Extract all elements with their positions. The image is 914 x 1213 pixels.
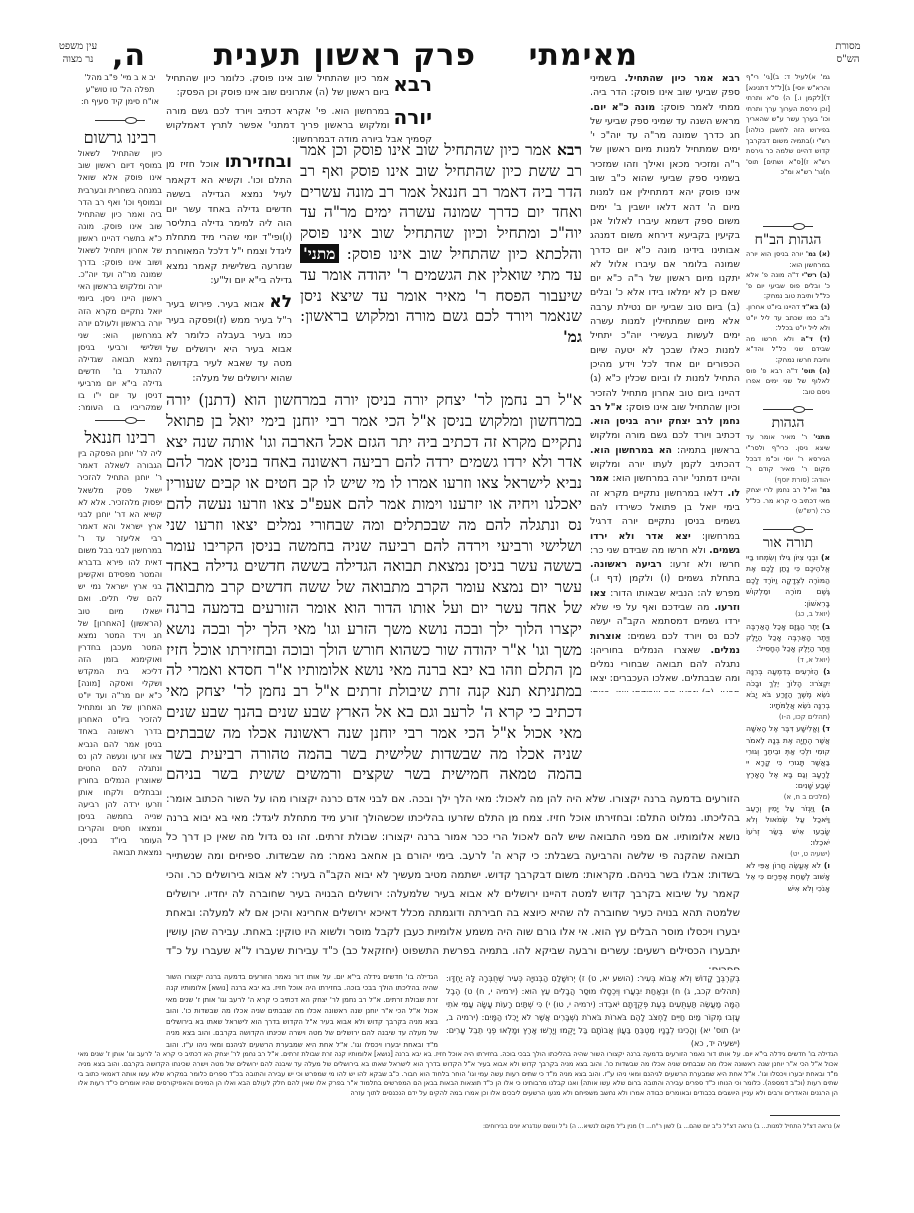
- torah-or-footer: בְּקִרְבְּךָ קָדוֹשׁ וְלֹא אָבוֹא בְּעִי…: [446, 972, 740, 1050]
- torah-or-item: ד) וֶאֱלִישָׁע דִּבֶּר אֶל הָאִשָּׁה אֲש…: [746, 723, 830, 803]
- torah-or-title: תורה אור: [746, 535, 830, 552]
- gemara-top-block: רבא אמר כיון שהתחיל שוב אינו פוסק וכן אמ…: [300, 140, 582, 348]
- ornament-divider: [763, 405, 813, 413]
- rabbeinu-chananel-text: ליה לר' יוחנן הפסקה בין הגבורה לשאלה דאמ…: [78, 448, 162, 948]
- torah-or-item: ו) לֹא אֶעֱשֶׂה חֲרוֹן אַפִּי לֹא אָשׁוּ…: [746, 860, 830, 894]
- hagahot-item: מתני' ר' מאיר אומר עד שיצא ניסן. כרי"ף ו…: [746, 432, 830, 485]
- rashi-dibur-hamatchil: רבא אמר כיון שהתחיל.: [625, 73, 741, 84]
- hagahot-habach-list: (א) גמ' יורה בניסן הוא יורה במרחשון הוא:…: [746, 249, 830, 397]
- hagahot-habach-item: (ב) רש"י ד"ה מונה פ' אלא כ' ובלים פוס שב…: [746, 270, 830, 302]
- hagahot-list: מתני' ר' מאיר אומר עד שיצא ניסן. כרי"ף ו…: [746, 432, 830, 517]
- ornament-divider: [763, 525, 813, 533]
- hagahot-habach-item: (ג) בא"ד דהיינו ביו"ט אחרון. נ"ב כמו שכת…: [746, 302, 830, 334]
- chapter-name: מאימתי: [529, 38, 638, 73]
- footnotes: א) נראה דצ"ל התחיל למנות... ב) נראה דצ"ל…: [130, 1122, 840, 1131]
- tractate-name: תענית: [214, 38, 302, 73]
- rabbeinu-gershom-title: רבינו גרשום: [78, 128, 162, 148]
- rabbeinu-gershom-text: כיון שהתחיל לשאול במוסף דיום ראשון שוב א…: [78, 148, 162, 410]
- rashi-dibur-hamatchil: מונה כ"א יום.: [590, 102, 655, 113]
- hagahot-habach-item: (א) גמ' יורה בניסן הוא יורה במרחשון הוא:: [746, 249, 830, 270]
- torah-or-item: ג) הַזֹּרְעִים בְּדִמְעָה בְּרִנָּה יִקְ…: [746, 666, 830, 723]
- dibur-hamatchil: רבא: [393, 72, 432, 96]
- folio-number: ה,: [112, 38, 146, 73]
- masoret-hashas-label: מסורת הש"ס: [818, 40, 878, 66]
- hagahot-habach-item: (ה) תוס' ד"ה רבא פ' פוס לאלוף של שני ימי…: [746, 366, 830, 398]
- hagahot-title: הגהות: [746, 415, 830, 432]
- ein-mishpat-entry: יב א ב מיי' פ"ב מהל' תפלה הל' טו טוש"ע א…: [78, 72, 162, 108]
- hagahot-habach-title: הגהות הב"ח: [746, 232, 830, 249]
- torah-or-item: ב) יֶתֶר הַגָּזָם אָכַל הָאַרְבֶּה וְיֶת…: [746, 621, 830, 667]
- rashi-dibur-hamatchil: הא במרחשון הוא.: [590, 445, 672, 456]
- dibur-hamatchil: יורה: [393, 105, 432, 129]
- gemara-body: א"ל רב נחמן לר' יצחק יורה בניסן יורה במר…: [166, 390, 582, 782]
- tosafot-dibur: לא אבוא בעיר. פירוש בעיר ר"ל בעיר ממש (ז…: [166, 290, 292, 385]
- tosafot-dibur: ובחזירתו אוכל חזיז מן התלם וכו'. וקשיא ה…: [166, 150, 292, 288]
- masoret-hashas-text: גמ' א)לעיל ד: ב)[גי' רי"ף והרא"ש יוסי] ג…: [746, 72, 830, 214]
- bottom-wide-text: הגדילה בו' חדשים גידלה בי"א יום. על אותו…: [78, 1050, 838, 1110]
- ornament-divider: [95, 416, 145, 424]
- hagahot-item: גמ' וא"ל רב נחמן לרי יצחק מאי דכתיב כי ק…: [746, 485, 830, 517]
- hagahot-habach-item: (ד) ד"ה ולא חרשו מה שבידם שני כל"ל והד"א…: [746, 334, 830, 366]
- tosafot-top: רבא אמר כיון שהתחיל שוב אינו פוסק. כלומר…: [166, 72, 432, 147]
- dibur-hamatchil: ובחזירתו: [225, 152, 292, 172]
- rabbeinu-chananel-bottom: הגדילה בו' חדשים גידלה בי"א יום. על אותו…: [166, 972, 438, 1050]
- torah-or-list: א) וּבְנֵי צִיּוֹן גִּילוּ וְשִׂמְחוּ בַ…: [746, 552, 830, 894]
- torah-or-item: ה) וַיִּגְזֹר עַל יָמִין וְרָעֵב וַיֹּאכ…: [746, 803, 830, 860]
- gemara-opening-word: רבא: [557, 140, 582, 159]
- gemara-marker: גמ': [563, 327, 582, 346]
- tosafot-dibur: רבא אמר כיון שהתחיל שוב אינו פוסק. כלומר…: [166, 72, 432, 101]
- torah-or-footer-text: בְּקִרְבְּךָ קָדוֹשׁ וְלֹא אָבוֹא בְּעִי…: [446, 972, 740, 1050]
- ornament-divider: [763, 222, 813, 230]
- rashi-dibur-hamatchil: רביעה ראשונה.: [590, 559, 662, 570]
- left-margin-column: יב א ב מיי' פ"ב מהל' תפלה הל' טו טוש"ע א…: [78, 72, 162, 948]
- mishnah-marker: מתני': [300, 244, 339, 263]
- rashi-bottom-band: הזורעים בדמעה ברנה יקצורו. שלא היה להן מ…: [166, 790, 740, 970]
- tosafot-left: ובחזירתו אוכל חזיז מן התלם וכו'. וקשיא ה…: [166, 150, 292, 386]
- right-margin-column: גמ' א)לעיל ד: ב)[גי' רי"ף והרא"ש יוסי] ג…: [746, 72, 830, 894]
- ornament-divider: [95, 116, 145, 124]
- rashi-bottom-text: הזורעים בדמעה ברנה יקצורו. שלא היה להן מ…: [166, 790, 740, 970]
- dibur-hamatchil: לא: [269, 292, 292, 312]
- rabbeinu-chananel-title: רבינו חננאל: [78, 428, 162, 448]
- gemara-main-block: א"ל רב נחמן לר' יצחק יורה בניסן יורה במר…: [166, 390, 582, 782]
- chapter-number: פרק ראשון: [313, 38, 476, 73]
- rashi-column: רבא אמר כיון שהתחיל. בשמיני ספק שביעי שו…: [590, 72, 740, 692]
- rabbeinu-chananel-bottom-text: הגדילה בו' חדשים גידלה בי"א יום. על אותו…: [166, 972, 438, 1050]
- footnote-divider: [770, 1115, 840, 1116]
- torah-or-item: א) וּבְנֵי צִיּוֹן גִּילוּ וְשִׂמְחוּ בַ…: [746, 552, 830, 620]
- ein-mishpat-label: עין משפט נר מצוה: [48, 40, 108, 66]
